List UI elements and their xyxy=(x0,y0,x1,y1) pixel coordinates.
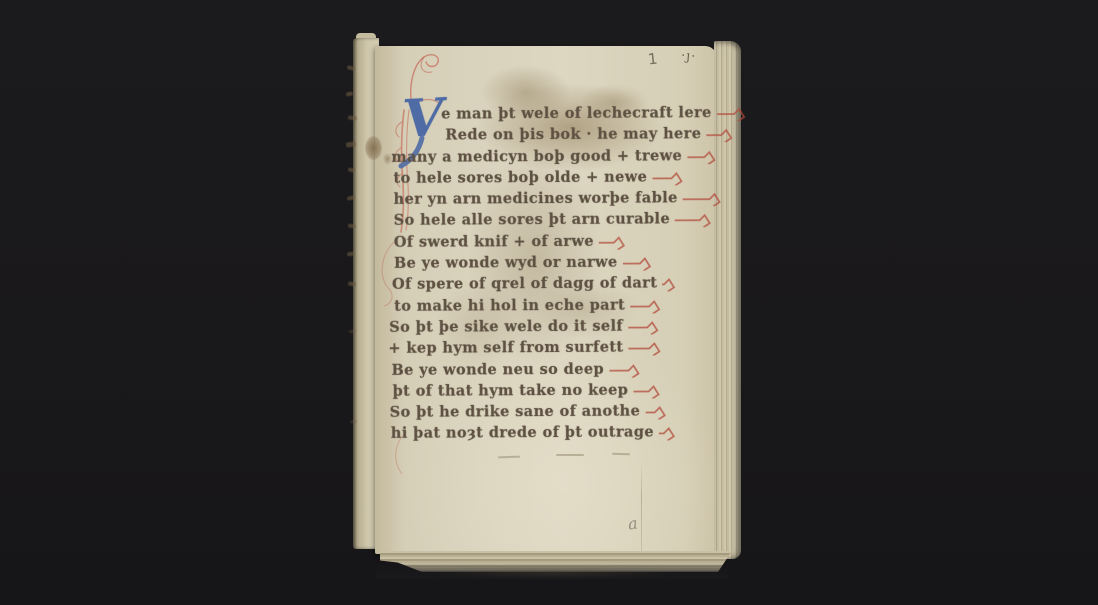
rubric-line-filler-icon xyxy=(706,126,734,142)
manuscript-line-text: Be ye wonde neu so deep xyxy=(391,360,604,378)
manuscript-line-text: þt of that hym take no keep xyxy=(393,381,629,399)
manuscript-line-text: e man þt wele of lechecraft lere xyxy=(441,104,712,122)
rubric-line-filler-icon xyxy=(630,297,662,313)
rubric-line-filler-icon xyxy=(652,169,684,185)
manuscript-line: So þt þe sike wele do it self xyxy=(389,317,710,340)
rubric-line-filler-icon xyxy=(628,318,660,334)
rubric-line-filler-icon xyxy=(662,276,676,292)
manuscript-line-text: her yn arn medicines worþe fable xyxy=(394,190,678,208)
rubric-line-filler-icon xyxy=(659,425,677,441)
manuscript-line: Rede on þis bok · he may here xyxy=(393,125,709,148)
folio-mark-ink: ·ȷ· xyxy=(680,48,697,64)
manuscript-line-text: So þt he drike sane of anothe xyxy=(390,403,641,421)
rubric-line-filler-icon xyxy=(645,404,667,420)
manuscript-line-text: Of swerd knif + of arwe xyxy=(394,233,594,251)
manuscript-line-text: Of spere of qrel of dagg of dart xyxy=(392,275,657,293)
rubric-line-filler-icon xyxy=(623,255,653,271)
manuscript-viewer-stage: 1 ·ȷ· V e man þt wele of lechecraft lere… xyxy=(0,0,1098,605)
manuscript-line: hi þat noȝt drede of þt outrage xyxy=(391,424,711,447)
manuscript-line-text: to hele sores boþ olde + newe xyxy=(393,168,647,186)
manuscript-text-block: e man þt wele of lechecraft lereRede on … xyxy=(393,104,711,446)
manuscript-line: her yn arn medicines worþe fable xyxy=(394,189,710,212)
manuscript-line: e man þt wele of lechecraft lere xyxy=(393,104,709,127)
manuscript-line-text: Be ye wonde wyd or narwe xyxy=(394,254,618,272)
manuscript-line-text: hi þat noȝt drede of þt outrage xyxy=(391,424,654,442)
rubric-line-filler-icon xyxy=(675,212,713,228)
rubric-line-filler-icon xyxy=(628,340,662,356)
book-cast-shadow xyxy=(392,568,714,580)
gutter-text-fragment xyxy=(347,65,356,71)
manuscript-line: Of spere of qrel of dagg of dart xyxy=(392,275,710,298)
rubric-line-filler-icon xyxy=(599,233,627,249)
gutter-text-fragment xyxy=(349,330,356,333)
manuscript-line: + kep hym self from surfett xyxy=(388,338,710,361)
manuscript-line: to make hi hol in eche part xyxy=(394,296,710,319)
manuscript-line: Of swerd knif + of arwe xyxy=(394,232,710,255)
rubric-line-filler-icon xyxy=(687,148,717,164)
erased-dash xyxy=(556,454,584,456)
folio-number-pencil: 1 xyxy=(647,50,658,69)
gutter-text-fragment xyxy=(348,224,356,229)
gutter-text-fragment xyxy=(346,141,356,147)
manuscript-line: So þt he drike sane of anothe xyxy=(390,402,711,425)
manuscript-line: þt of that hym take no keep xyxy=(393,381,711,404)
manuscript-line: to hele sores boþ olde + newe xyxy=(393,168,709,191)
manuscript-line-text: Rede on þis bok · he may here xyxy=(445,126,701,144)
manuscript-line: So hele alle sores þt arn curable xyxy=(394,211,710,234)
manuscript-line-text: So þt þe sike wele do it self xyxy=(389,318,623,336)
rubric-line-filler-icon xyxy=(683,190,723,206)
rubric-line-filler-icon xyxy=(717,105,747,121)
manuscript-line-text: So hele alle sores þt arn curable xyxy=(394,211,670,229)
ink-stain-blob xyxy=(365,136,382,160)
manuscript-line-text: + kep hym self from surfett xyxy=(388,339,623,357)
rubric-line-filler-icon xyxy=(633,382,661,398)
rubric-line-filler-icon xyxy=(609,361,641,377)
manuscript-line: many a medicyn boþ good + trewe xyxy=(391,147,709,170)
manuscript-line-text: many a medicyn boþ good + trewe xyxy=(391,147,682,166)
gutter-text-fragment xyxy=(348,281,357,286)
gutter-text-fragment xyxy=(348,167,356,172)
manuscript-line: Be ye wonde neu so deep xyxy=(391,360,710,383)
page-crease-line xyxy=(641,462,642,552)
gutter-text-fragment xyxy=(348,115,357,120)
manuscript-line: Be ye wonde wyd or narwe xyxy=(394,253,710,276)
manuscript-line-text: to make hi hol in eche part xyxy=(394,296,625,314)
